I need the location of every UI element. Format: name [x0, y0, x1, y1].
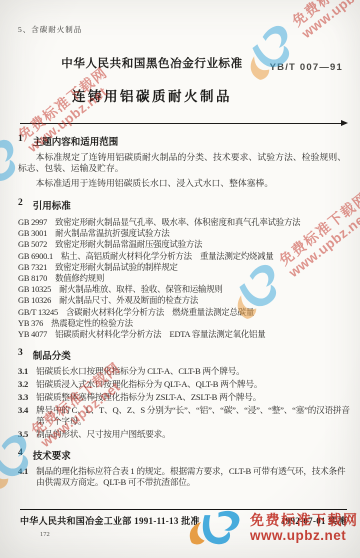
reference-title: 含碳耐火材料化学分析方法 燃烧重量法测定总碳量 [66, 307, 254, 318]
footer-divider [20, 509, 347, 510]
reference-title: 致密定形耐火制品试验的制样规定 [55, 262, 178, 273]
clause-number: 4.1 [18, 466, 28, 489]
reference-row: GB 10326 耐火制品尺寸、外观及断面的检查方法 [18, 295, 352, 306]
standard-type-title: 中华人民共和国黑色冶金行业标准 [18, 55, 286, 71]
reference-code: GB 8170 [18, 273, 47, 284]
clause-number: 3.4 [18, 405, 28, 428]
reference-title: 耐火制品尺寸、外观及断面的检查方法 [59, 295, 198, 306]
reference-title: 数值修约规则 [55, 273, 104, 284]
clause-row: 3.1 铝碳质长水口按理化指标分为 CLT-A、CLT-B 两个牌号。 [18, 366, 352, 377]
reference-row: GB 3001 耐火制品常温抗折强度试验方法 [18, 228, 352, 239]
reference-row: GB 2997 致密定形耐火制品显气孔率、吸水率、体积密度和真气孔率试验方法 [18, 217, 352, 228]
reference-title: 热震稳定性的检验方法 [51, 318, 133, 329]
reference-code: GB/T 13245 [18, 307, 58, 318]
section4-number: 4 [18, 448, 23, 462]
watermark-bottom-right: 免费标准下载网 www.upbz.net [186, 504, 359, 554]
reference-code: GB 6900.1 [18, 251, 53, 262]
section1-heading-label: 主题内容和适用范围 [33, 134, 119, 148]
section2-number: 2 [18, 198, 23, 212]
document-content: 5、含碳耐火制品 中华人民共和国黑色冶金行业标准 连铸用铝碳质耐火制品 YB/T… [0, 0, 360, 489]
clause-text: 铝碳质浸入式水口按理化指标分为 QLT-A、QLT-B 两个牌号。 [36, 379, 262, 390]
section1-paragraph: 本标准适用于连铸用铝碳质长水口、浸入式水口、整体塞棒。 [18, 178, 346, 189]
reference-row: YB 376 热震稳定性的检验方法 [18, 318, 352, 329]
clause-row: 3.4 牌号中的 C、L、T、Q、Z、S 分别为“长”、“铝”、“碳”、“浸”、… [18, 405, 352, 428]
clause-text: 铝碳质整体塞棒按理化指标分为 ZSLT-A、ZSLT-B 两个牌号。 [36, 392, 261, 403]
reference-row: GB/T 13245 含碳耐火材料化学分析方法 燃烧重量法测定总碳量 [18, 307, 352, 318]
reference-code: YB 376 [18, 318, 43, 329]
reference-title: 致密定形耐火制品常温耐压强度试验方法 [55, 239, 202, 250]
reference-title: 耐火制品堆放、取样、验收、保管和运输规则 [59, 284, 223, 295]
reference-row: GB 6900.1 粘土、高铝质耐火材料化学分析方法 重量法测定灼烧减量 [18, 251, 352, 262]
clause-row: 3.3 铝碳质整体塞棒按理化指标分为 ZSLT-A、ZSLT-B 两个牌号。 [18, 392, 352, 403]
clause-row: 3.5 制品的形状、尺寸按用户图纸要求。 [18, 429, 352, 440]
section4-heading: 4 技术要求 [18, 448, 352, 462]
classification-list: 3.1 铝碳质长水口按理化指标分为 CLT-A、CLT-B 两个牌号。 3.2 … [18, 366, 352, 440]
clause-number: 3.3 [18, 392, 28, 403]
reference-title: 粘土、高铝质耐火材料化学分析方法 重量法测定灼烧减量 [61, 251, 274, 262]
reference-title: 致密定形耐火制品显气孔率、吸水率、体积密度和真气孔率试验方法 [55, 217, 300, 228]
implementation-date: 1992-07-01 实施 [281, 514, 347, 527]
section2-heading-label: 引用标准 [33, 198, 71, 212]
clause-row: 4.1 制品的理化指标应符合表 1 的规定。根据需方要求，CLT-B 可带有透气… [18, 466, 352, 489]
chapter-header: 5、含碳耐火制品 [18, 0, 352, 35]
section1-number: 1 [18, 134, 23, 148]
clause-number: 3.5 [18, 429, 28, 440]
header-divider [20, 123, 346, 124]
reference-code: GB 7321 [18, 262, 47, 273]
clause-text: 牌号中的 C、L、T、Q、Z、S 分别为“长”、“铝”、“碳”、“浸”、“整”、… [36, 405, 352, 428]
reference-title: 铝碳质耐火材料化学分析方法 EDTA 容量法测定氧化铝量 [55, 329, 265, 340]
approval-text: 中华人民共和国冶金工业部 1991-11-13 批准 [20, 514, 200, 527]
divider-arrow-icon [341, 120, 348, 126]
reference-row: GB 10325 耐火制品堆放、取样、验收、保管和运输规则 [18, 284, 352, 295]
clause-row: 3.2 铝碳质浸入式水口按理化指标分为 QLT-A、QLT-B 两个牌号。 [18, 379, 352, 390]
section3-heading: 3 制品分类 [18, 348, 352, 362]
reference-code: GB 10326 [18, 295, 51, 306]
document-page: 5、含碳耐火制品 中华人民共和国黑色冶金行业标准 连铸用铝碳质耐火制品 YB/T… [0, 0, 360, 558]
page-title: 连铸用铝碳质耐火制品 [18, 85, 286, 105]
section1-heading: 1 主题内容和适用范围 [18, 134, 352, 148]
reference-code: GB 3001 [18, 228, 47, 239]
reference-code: GB 10325 [18, 284, 51, 295]
technical-requirements-list: 4.1 制品的理化指标应符合表 1 的规定。根据需方要求，CLT-B 可带有透气… [18, 466, 352, 489]
clause-text: 制品的理化指标应符合表 1 的规定。根据需方要求，CLT-B 可带有透气环，技术… [36, 466, 352, 489]
reference-row: YB 4077 铝碳质耐火材料化学分析方法 EDTA 容量法测定氧化铝量 [18, 329, 352, 340]
clause-number: 3.1 [18, 366, 28, 377]
footer: 中华人民共和国冶金工业部 1991-11-13 批准 1992-07-01 实施 [20, 514, 347, 527]
clause-text: 制品的形状、尺寸按用户图纸要求。 [36, 429, 170, 440]
section3-number: 3 [18, 348, 23, 362]
reference-standards-list: GB 2997 致密定形耐火制品显气孔率、吸水率、体积密度和真气孔率试验方法 G… [18, 217, 352, 340]
section2-heading: 2 引用标准 [18, 198, 352, 212]
reference-code: YB 4077 [18, 329, 47, 340]
clause-text: 铝碳质长水口按理化指标分为 CLT-A、CLT-B 两个牌号。 [36, 366, 244, 377]
reference-code: GB 5072 [18, 239, 47, 250]
section1-paragraph: 本标准规定了连铸用铝碳质耐火制品的分类、技术要求、试验方法、检验规则、标志、包装… [18, 152, 346, 174]
reference-row: GB 7321 致密定形耐火制品试验的制样规定 [18, 262, 352, 273]
reference-code: GB 2997 [18, 217, 47, 228]
section4-heading-label: 技术要求 [33, 448, 71, 462]
reference-row: GB 8170 数值修约规则 [18, 273, 352, 284]
reference-row: GB 5072 致密定形耐火制品常温耐压强度试验方法 [18, 239, 352, 250]
reference-title: 耐火制品常温抗折强度试验方法 [55, 228, 169, 239]
section3-heading-label: 制品分类 [33, 348, 71, 362]
page-number: 172 [40, 531, 50, 538]
upbz-logo-icon [186, 504, 244, 554]
clause-number: 3.2 [18, 379, 28, 390]
standard-number: YB/T 007—91 [270, 62, 343, 73]
document-header: 中华人民共和国黑色冶金行业标准 连铸用铝碳质耐火制品 [18, 55, 286, 105]
watermark-url: www.upbz.net [250, 529, 359, 543]
